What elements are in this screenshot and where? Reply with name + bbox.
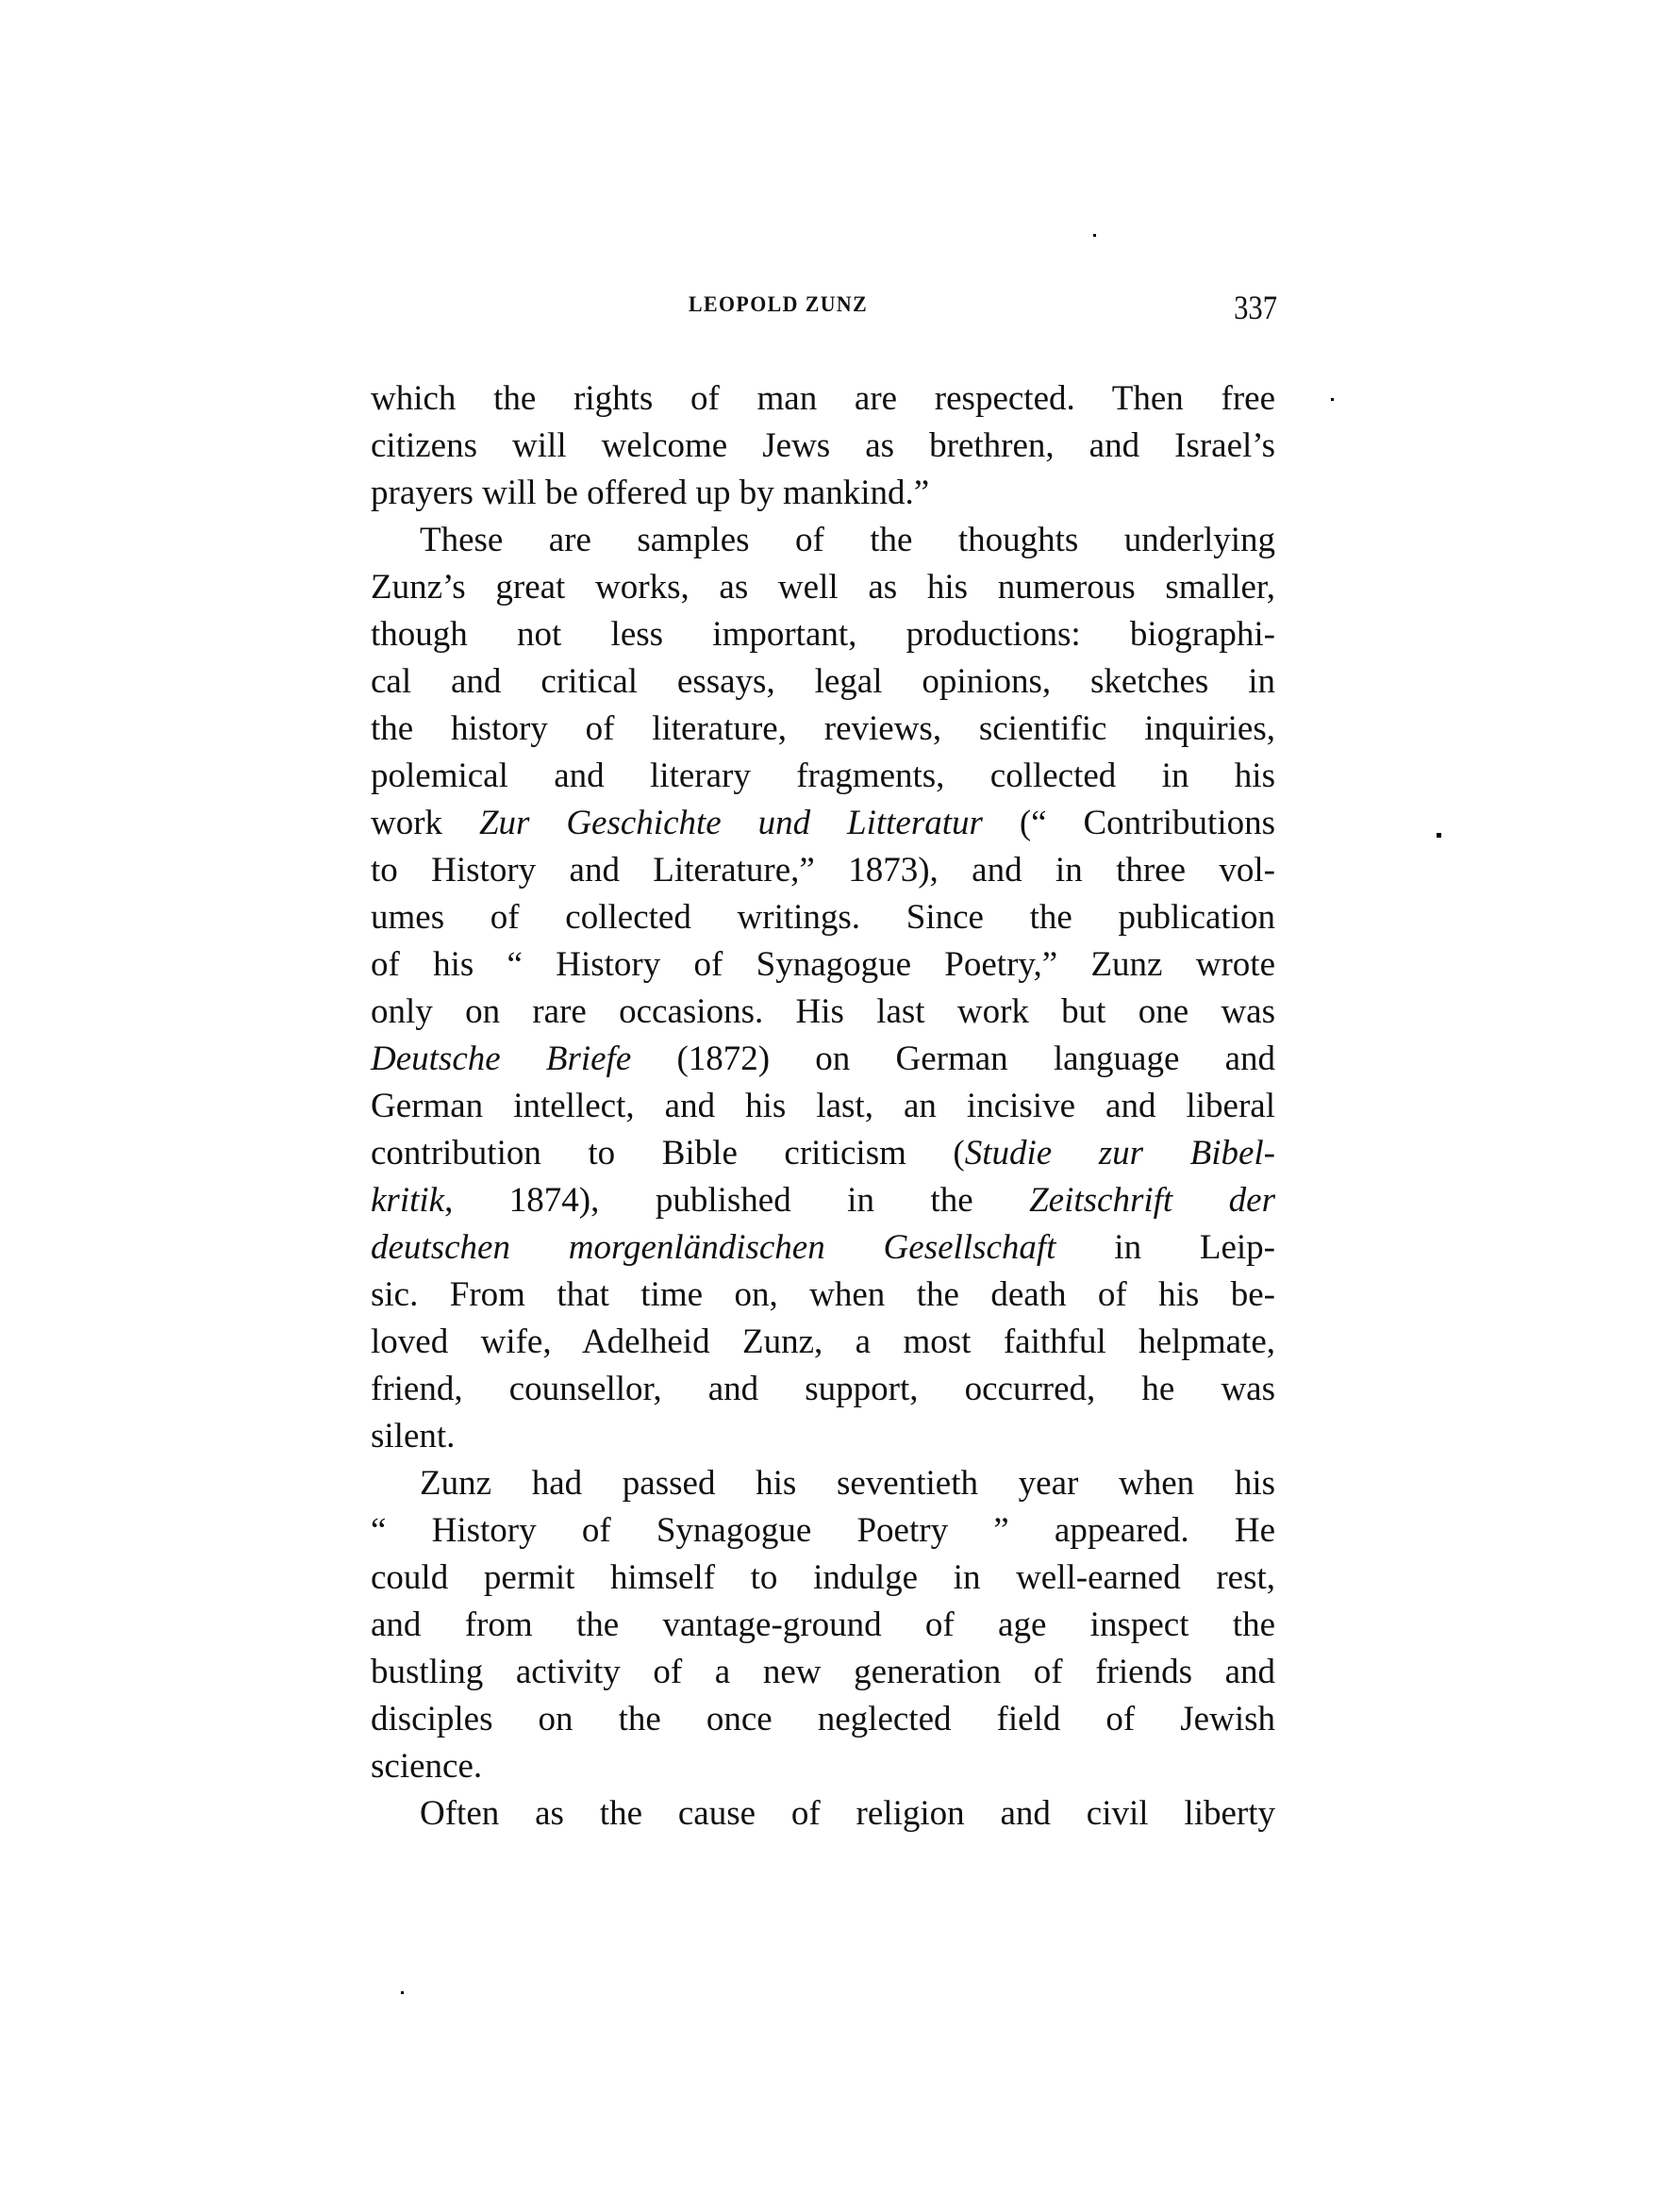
text-line: science.: [371, 1743, 1275, 1790]
italic-title: Zur Geschichte und Litteratur: [479, 804, 983, 842]
text-line: of his “ History of Synagogue Poetry,” Z…: [371, 941, 1275, 989]
text-span: contribution to Bible criticism (: [371, 1134, 965, 1173]
text-line: Deutsche Briefe (1872) on German languag…: [371, 1036, 1275, 1083]
text-line: deutschen morgenländischen Gesellschaft …: [371, 1224, 1275, 1272]
text-line: cal and critical essays, legal opinions,…: [371, 658, 1275, 706]
italic-title: Studie zur Bibel-: [965, 1134, 1275, 1173]
scan-speck: [1437, 833, 1441, 838]
text-line: polemical and literary fragments, collec…: [371, 753, 1275, 800]
italic-title: Zeitschrift der: [1029, 1181, 1275, 1220]
text-line: German intellect, and his last, an incis…: [371, 1083, 1275, 1130]
text-span: , 1874), published in the: [444, 1181, 1029, 1220]
running-head: LEOPOLD ZUNZ 337: [371, 289, 1275, 326]
text-line: silent.: [371, 1413, 1275, 1460]
italic-title: deutschen morgenländischen Gesellschaft: [371, 1228, 1055, 1267]
text-line: umes of collected writings. Since the pu…: [371, 894, 1275, 941]
text-line: bustling activity of a new generation of…: [371, 1649, 1275, 1696]
text-line: sic. From that time on, when the death o…: [371, 1272, 1275, 1319]
text-line: loved wife, Adelheid Zunz, a most faithf…: [371, 1319, 1275, 1366]
text-line: Zunz had passed his seventieth year when…: [371, 1460, 1275, 1507]
text-line: which the rights of man are respected. T…: [371, 375, 1275, 423]
text-span: work: [371, 804, 479, 842]
text-span: in Leip-: [1055, 1228, 1275, 1267]
text-line: contribution to Bible criticism (Studie …: [371, 1130, 1275, 1177]
scan-speck: [1331, 398, 1334, 401]
body-text: which the rights of man are respected. T…: [371, 375, 1275, 1838]
text-line: only on rare occasions. His last work bu…: [371, 989, 1275, 1036]
text-span: (1872) on German language and: [631, 1039, 1275, 1078]
text-line: These are samples of the thoughts underl…: [371, 517, 1275, 564]
text-line: friend, counsellor, and support, occurre…: [371, 1366, 1275, 1413]
text-line: could permit himself to indulge in well-…: [371, 1555, 1275, 1602]
text-line: prayers will be offered up by mankind.”: [371, 470, 1275, 517]
text-line: disciples on the once neglected field of…: [371, 1696, 1275, 1743]
text-line: citizens will welcome Jews as brethren, …: [371, 423, 1275, 470]
text-line: to History and Literature,” 1873), and i…: [371, 847, 1275, 894]
text-line: kritik, 1874), published in the Zeitschr…: [371, 1177, 1275, 1224]
text-line: “ History of Synagogue Poetry ” appeared…: [371, 1507, 1275, 1555]
text-line: Zunz’s great works, as well as his numer…: [371, 564, 1275, 611]
italic-title: Deutsche Briefe: [371, 1039, 631, 1078]
scan-speck: [401, 1991, 404, 1994]
text-line: Often as the cause of religion and civil…: [371, 1790, 1275, 1838]
text-line: the history of literature, reviews, scie…: [371, 706, 1275, 753]
italic-title: kritik: [371, 1181, 444, 1220]
text-line: work Zur Geschichte und Litteratur (“ Co…: [371, 800, 1275, 847]
text-line: though not less important, productions: …: [371, 611, 1275, 658]
text-line: and from the vantage-ground of age inspe…: [371, 1602, 1275, 1649]
running-title: LEOPOLD ZUNZ: [689, 292, 868, 317]
scan-speck: [1093, 234, 1096, 237]
page-number: 337: [1234, 289, 1277, 326]
book-page: LEOPOLD ZUNZ 337 which the rights of man…: [0, 0, 1662, 2212]
text-span: (“ Contributions: [983, 804, 1275, 842]
